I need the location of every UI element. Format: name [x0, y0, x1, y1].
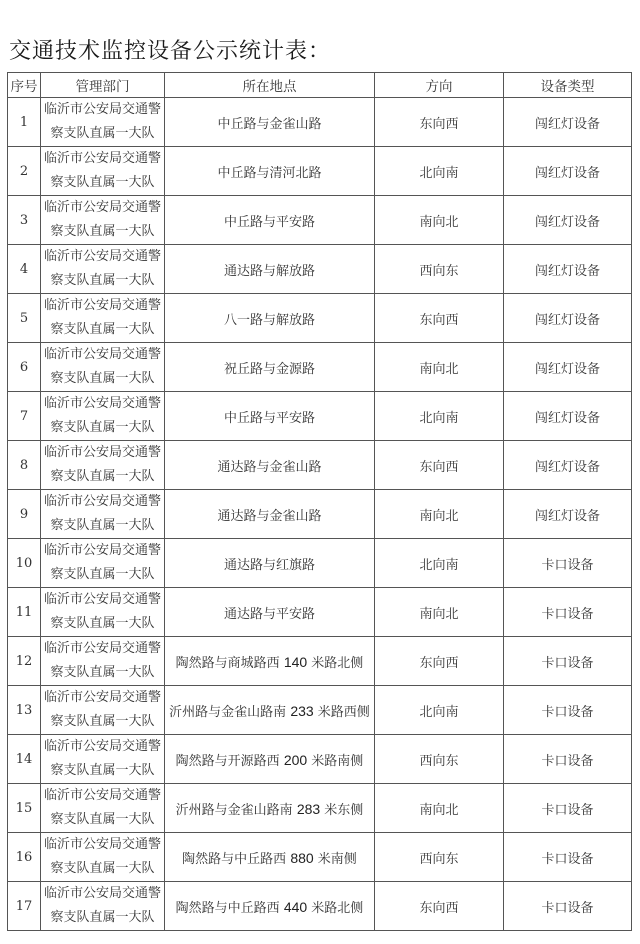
cell-direction: 北向南 [375, 686, 504, 735]
location-text: 八一路与解放路 [224, 313, 315, 328]
cell-location: 中丘路与清河北路 [165, 147, 375, 196]
table-row: 6 临沂市公安局交通警 察支队直属一大队 祝丘路与金源路 南向北 闯红灯设备 [8, 343, 632, 392]
cell-device-type: 闯红灯设备 [504, 196, 632, 245]
cell-device-type: 卡口设备 [504, 637, 632, 686]
dept-line-2: 察支队直属一大队 [41, 612, 164, 636]
header-location: 所在地点 [165, 73, 375, 98]
table-row: 10 临沂市公安局交通警 察支队直属一大队 通达路与红旗路 北向南 卡口设备 [8, 539, 632, 588]
cell-device-type: 卡口设备 [504, 784, 632, 833]
dept-line-2: 察支队直属一大队 [41, 857, 164, 881]
table-row: 15 临沂市公安局交通警 察支队直属一大队 沂州路与金雀山路南 283 米东侧 … [8, 784, 632, 833]
location-text: 陶然路与开源路西 [176, 754, 284, 769]
cell-dept: 临沂市公安局交通警 察支队直属一大队 [41, 392, 165, 441]
location-text: 通达路与平安路 [224, 607, 315, 622]
table-body: 1 临沂市公安局交通警 察支队直属一大队 中丘路与金雀山路 东向西 闯红灯设备 … [8, 98, 632, 931]
dept-line-1: 临沂市公安局交通警 [41, 686, 164, 710]
location-text: 中丘路与平安路 [224, 215, 315, 230]
dept-line-1: 临沂市公安局交通警 [41, 784, 164, 808]
cell-location: 通达路与平安路 [165, 588, 375, 637]
dept-line-2: 察支队直属一大队 [41, 710, 164, 734]
cell-location: 祝丘路与金源路 [165, 343, 375, 392]
cell-no: 5 [8, 294, 41, 343]
cell-no: 15 [8, 784, 41, 833]
table-row: 4 临沂市公安局交通警 察支队直属一大队 通达路与解放路 西向东 闯红灯设备 [8, 245, 632, 294]
dept-line-2: 察支队直属一大队 [41, 514, 164, 538]
cell-location: 通达路与金雀山路 [165, 490, 375, 539]
cell-dept: 临沂市公安局交通警 察支队直属一大队 [41, 490, 165, 539]
cell-device-type: 闯红灯设备 [504, 245, 632, 294]
location-text: 通达路与金雀山路 [217, 509, 321, 524]
header-direction: 方向 [375, 73, 504, 98]
location-distance: 283 [297, 801, 320, 817]
cell-device-type: 卡口设备 [504, 735, 632, 784]
dept-line-1: 临沂市公安局交通警 [41, 245, 164, 269]
cell-device-type: 闯红灯设备 [504, 147, 632, 196]
cell-direction: 东向西 [375, 294, 504, 343]
cell-no: 14 [8, 735, 41, 784]
dept-line-2: 察支队直属一大队 [41, 220, 164, 244]
table-header-row: 序号 管理部门 所在地点 方向 设备类型 [8, 73, 632, 98]
cell-direction: 南向北 [375, 490, 504, 539]
cell-device-type: 卡口设备 [504, 539, 632, 588]
cell-device-type: 闯红灯设备 [504, 441, 632, 490]
cell-dept: 临沂市公安局交通警 察支队直属一大队 [41, 833, 165, 882]
location-suffix: 米路西侧 [314, 705, 370, 720]
location-text: 陶然路与商城路西 [176, 656, 284, 671]
table-row: 8 临沂市公安局交通警 察支队直属一大队 通达路与金雀山路 东向西 闯红灯设备 [8, 441, 632, 490]
cell-direction: 东向西 [375, 882, 504, 931]
dept-line-1: 临沂市公安局交通警 [41, 147, 164, 171]
cell-device-type: 卡口设备 [504, 588, 632, 637]
cell-direction: 西向东 [375, 833, 504, 882]
cell-location: 通达路与解放路 [165, 245, 375, 294]
dept-line-2: 察支队直属一大队 [41, 269, 164, 293]
cell-location: 八一路与解放路 [165, 294, 375, 343]
cell-direction: 西向东 [375, 735, 504, 784]
location-suffix: 米南侧 [314, 852, 357, 867]
table-row: 17 临沂市公安局交通警 察支队直属一大队 陶然路与中丘路西 440 米路北侧 … [8, 882, 632, 931]
table-row: 5 临沂市公安局交通警 察支队直属一大队 八一路与解放路 东向西 闯红灯设备 [8, 294, 632, 343]
table-row: 14 临沂市公安局交通警 察支队直属一大队 陶然路与开源路西 200 米路南侧 … [8, 735, 632, 784]
cell-location: 陶然路与商城路西 140 米路北侧 [165, 637, 375, 686]
table-row: 3 临沂市公安局交通警 察支队直属一大队 中丘路与平安路 南向北 闯红灯设备 [8, 196, 632, 245]
location-text: 陶然路与中丘路西 [176, 901, 284, 916]
cell-dept: 临沂市公安局交通警 察支队直属一大队 [41, 784, 165, 833]
cell-location: 中丘路与平安路 [165, 392, 375, 441]
cell-device-type: 闯红灯设备 [504, 294, 632, 343]
dept-line-2: 察支队直属一大队 [41, 465, 164, 489]
cell-direction: 东向西 [375, 441, 504, 490]
dept-line-1: 临沂市公安局交通警 [41, 490, 164, 514]
cell-dept: 临沂市公安局交通警 察支队直属一大队 [41, 735, 165, 784]
cell-direction: 西向东 [375, 245, 504, 294]
location-suffix: 米路北侧 [307, 901, 363, 916]
dept-line-2: 察支队直属一大队 [41, 367, 164, 391]
table-row: 11 临沂市公安局交通警 察支队直属一大队 通达路与平安路 南向北 卡口设备 [8, 588, 632, 637]
table-row: 16 临沂市公安局交通警 察支队直属一大队 陶然路与中丘路西 880 米南侧 西… [8, 833, 632, 882]
cell-dept: 临沂市公安局交通警 察支队直属一大队 [41, 539, 165, 588]
header-dept: 管理部门 [41, 73, 165, 98]
dept-line-1: 临沂市公安局交通警 [41, 294, 164, 318]
cell-location: 沂州路与金雀山路南 283 米东侧 [165, 784, 375, 833]
cell-location: 陶然路与中丘路西 440 米路北侧 [165, 882, 375, 931]
cell-direction: 北向南 [375, 147, 504, 196]
cell-dept: 临沂市公安局交通警 察支队直属一大队 [41, 196, 165, 245]
dept-line-2: 察支队直属一大队 [41, 808, 164, 832]
cell-no: 3 [8, 196, 41, 245]
cell-location: 中丘路与金雀山路 [165, 98, 375, 147]
location-text: 沂州路与金雀山路南 [176, 803, 297, 818]
header-no: 序号 [8, 73, 41, 98]
location-text: 中丘路与金雀山路 [217, 117, 321, 132]
cell-device-type: 闯红灯设备 [504, 98, 632, 147]
cell-device-type: 闯红灯设备 [504, 392, 632, 441]
location-text: 通达路与金雀山路 [217, 460, 321, 475]
cell-direction: 南向北 [375, 784, 504, 833]
cell-no: 17 [8, 882, 41, 931]
cell-dept: 临沂市公安局交通警 察支队直属一大队 [41, 294, 165, 343]
table-row: 9 临沂市公安局交通警 察支队直属一大队 通达路与金雀山路 南向北 闯红灯设备 [8, 490, 632, 539]
dept-line-2: 察支队直属一大队 [41, 122, 164, 146]
location-text: 通达路与红旗路 [224, 558, 315, 573]
cell-direction: 东向西 [375, 98, 504, 147]
cell-no: 10 [8, 539, 41, 588]
dept-line-1: 临沂市公安局交通警 [41, 833, 164, 857]
dept-line-2: 察支队直属一大队 [41, 416, 164, 440]
dept-line-2: 察支队直属一大队 [41, 906, 164, 930]
cell-no: 2 [8, 147, 41, 196]
cell-direction: 南向北 [375, 343, 504, 392]
cell-location: 中丘路与平安路 [165, 196, 375, 245]
location-text: 中丘路与平安路 [224, 411, 315, 426]
cell-no: 1 [8, 98, 41, 147]
cell-no: 8 [8, 441, 41, 490]
dept-line-1: 临沂市公安局交通警 [41, 441, 164, 465]
location-distance: 140 [284, 654, 307, 670]
cell-direction: 南向北 [375, 196, 504, 245]
dept-line-1: 临沂市公安局交通警 [41, 637, 164, 661]
location-suffix: 米路南侧 [307, 754, 363, 769]
dept-line-1: 临沂市公安局交通警 [41, 343, 164, 367]
cell-device-type: 卡口设备 [504, 686, 632, 735]
cell-no: 7 [8, 392, 41, 441]
traffic-device-table: 序号 管理部门 所在地点 方向 设备类型 1 临沂市公安局交通警 察支队直属一大… [7, 72, 632, 931]
dept-line-2: 察支队直属一大队 [41, 563, 164, 587]
cell-device-type: 卡口设备 [504, 833, 632, 882]
cell-dept: 临沂市公安局交通警 察支队直属一大队 [41, 98, 165, 147]
cell-location: 通达路与金雀山路 [165, 441, 375, 490]
cell-dept: 临沂市公安局交通警 察支队直属一大队 [41, 245, 165, 294]
cell-no: 13 [8, 686, 41, 735]
cell-dept: 临沂市公安局交通警 察支队直属一大队 [41, 686, 165, 735]
dept-line-1: 临沂市公安局交通警 [41, 588, 164, 612]
dept-line-1: 临沂市公安局交通警 [41, 539, 164, 563]
cell-no: 4 [8, 245, 41, 294]
location-text: 陶然路与中丘路西 [182, 852, 290, 867]
dept-line-1: 临沂市公安局交通警 [41, 196, 164, 220]
cell-location: 通达路与红旗路 [165, 539, 375, 588]
document-title: 交通技术监控设备公示统计表： [9, 34, 331, 65]
cell-no: 16 [8, 833, 41, 882]
cell-direction: 北向南 [375, 392, 504, 441]
location-distance: 440 [284, 899, 307, 915]
cell-device-type: 闯红灯设备 [504, 343, 632, 392]
header-type: 设备类型 [504, 73, 632, 98]
cell-location: 沂州路与金雀山路南 233 米路西侧 [165, 686, 375, 735]
table-row: 7 临沂市公安局交通警 察支队直属一大队 中丘路与平安路 北向南 闯红灯设备 [8, 392, 632, 441]
location-suffix: 米路北侧 [307, 656, 363, 671]
location-distance: 880 [290, 850, 313, 866]
location-distance: 200 [284, 752, 307, 768]
cell-direction: 东向西 [375, 637, 504, 686]
dept-line-2: 察支队直属一大队 [41, 661, 164, 685]
table-row: 13 临沂市公安局交通警 察支队直属一大队 沂州路与金雀山路南 233 米路西侧… [8, 686, 632, 735]
location-text: 沂州路与金雀山路南 [169, 705, 290, 720]
cell-direction: 北向南 [375, 539, 504, 588]
cell-dept: 临沂市公安局交通警 察支队直属一大队 [41, 637, 165, 686]
dept-line-1: 临沂市公安局交通警 [41, 735, 164, 759]
dept-line-2: 察支队直属一大队 [41, 318, 164, 342]
cell-location: 陶然路与中丘路西 880 米南侧 [165, 833, 375, 882]
dept-line-2: 察支队直属一大队 [41, 171, 164, 195]
cell-direction: 南向北 [375, 588, 504, 637]
cell-dept: 临沂市公安局交通警 察支队直属一大队 [41, 441, 165, 490]
dept-line-1: 临沂市公安局交通警 [41, 98, 164, 122]
cell-dept: 临沂市公安局交通警 察支队直属一大队 [41, 147, 165, 196]
cell-device-type: 卡口设备 [504, 882, 632, 931]
table-row: 1 临沂市公安局交通警 察支队直属一大队 中丘路与金雀山路 东向西 闯红灯设备 [8, 98, 632, 147]
cell-no: 12 [8, 637, 41, 686]
table-row: 2 临沂市公安局交通警 察支队直属一大队 中丘路与清河北路 北向南 闯红灯设备 [8, 147, 632, 196]
dept-line-1: 临沂市公安局交通警 [41, 392, 164, 416]
cell-dept: 临沂市公安局交通警 察支队直属一大队 [41, 588, 165, 637]
location-distance: 233 [290, 703, 313, 719]
table-row: 12 临沂市公安局交通警 察支队直属一大队 陶然路与商城路西 140 米路北侧 … [8, 637, 632, 686]
cell-no: 6 [8, 343, 41, 392]
location-suffix: 米东侧 [320, 803, 363, 818]
location-text: 祝丘路与金源路 [224, 362, 315, 377]
cell-device-type: 闯红灯设备 [504, 490, 632, 539]
dept-line-1: 临沂市公安局交通警 [41, 882, 164, 906]
cell-location: 陶然路与开源路西 200 米路南侧 [165, 735, 375, 784]
location-text: 通达路与解放路 [224, 264, 315, 279]
cell-dept: 临沂市公安局交通警 察支队直属一大队 [41, 882, 165, 931]
cell-dept: 临沂市公安局交通警 察支队直属一大队 [41, 343, 165, 392]
location-text: 中丘路与清河北路 [217, 166, 321, 181]
cell-no: 11 [8, 588, 41, 637]
cell-no: 9 [8, 490, 41, 539]
dept-line-2: 察支队直属一大队 [41, 759, 164, 783]
